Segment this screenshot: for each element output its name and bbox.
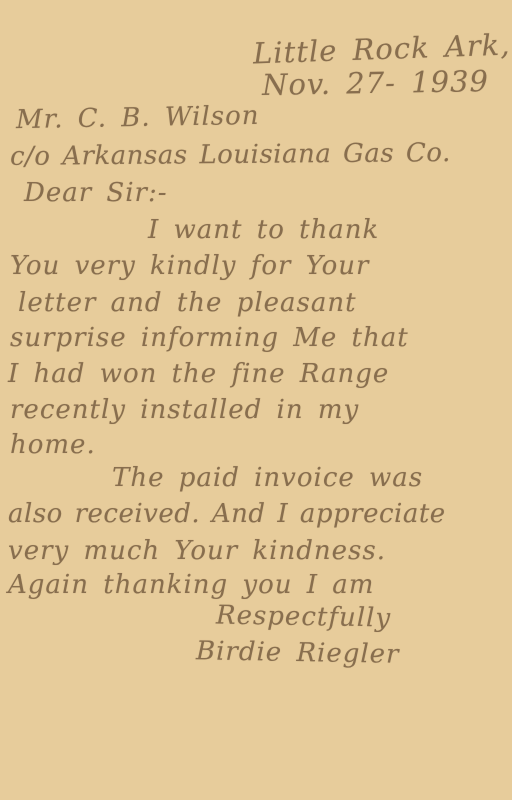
closing: Respectfully: [216, 600, 392, 633]
salutation: Dear Sir:-: [24, 178, 168, 208]
body-line: I had won the fine Range: [8, 359, 389, 389]
body-line: The paid invoice was: [112, 463, 423, 493]
recipient-name: Mr. C. B. Wilson: [16, 101, 260, 135]
body-line: home.: [10, 430, 96, 460]
letter-page: Little Rock Ark, Nov. 27- 1939 Mr. C. B.…: [0, 0, 512, 800]
body-line: very much Your kindness.: [8, 536, 386, 566]
body-line: Again thanking you I am: [8, 570, 374, 600]
body-line: letter and the pleasant: [18, 288, 357, 318]
signature: Birdie Riegler: [196, 636, 400, 670]
body-line: surprise informing Me that: [10, 323, 409, 353]
body-line: I want to thank: [148, 215, 379, 245]
heading-date: Nov. 27- 1939: [262, 64, 489, 102]
recipient-company: c/o Arkansas Louisiana Gas Co.: [10, 138, 451, 172]
body-line: recently installed in my: [10, 395, 359, 425]
body-line: also received. And I appreciate: [8, 499, 446, 529]
body-line: You very kindly for Your: [10, 251, 369, 281]
